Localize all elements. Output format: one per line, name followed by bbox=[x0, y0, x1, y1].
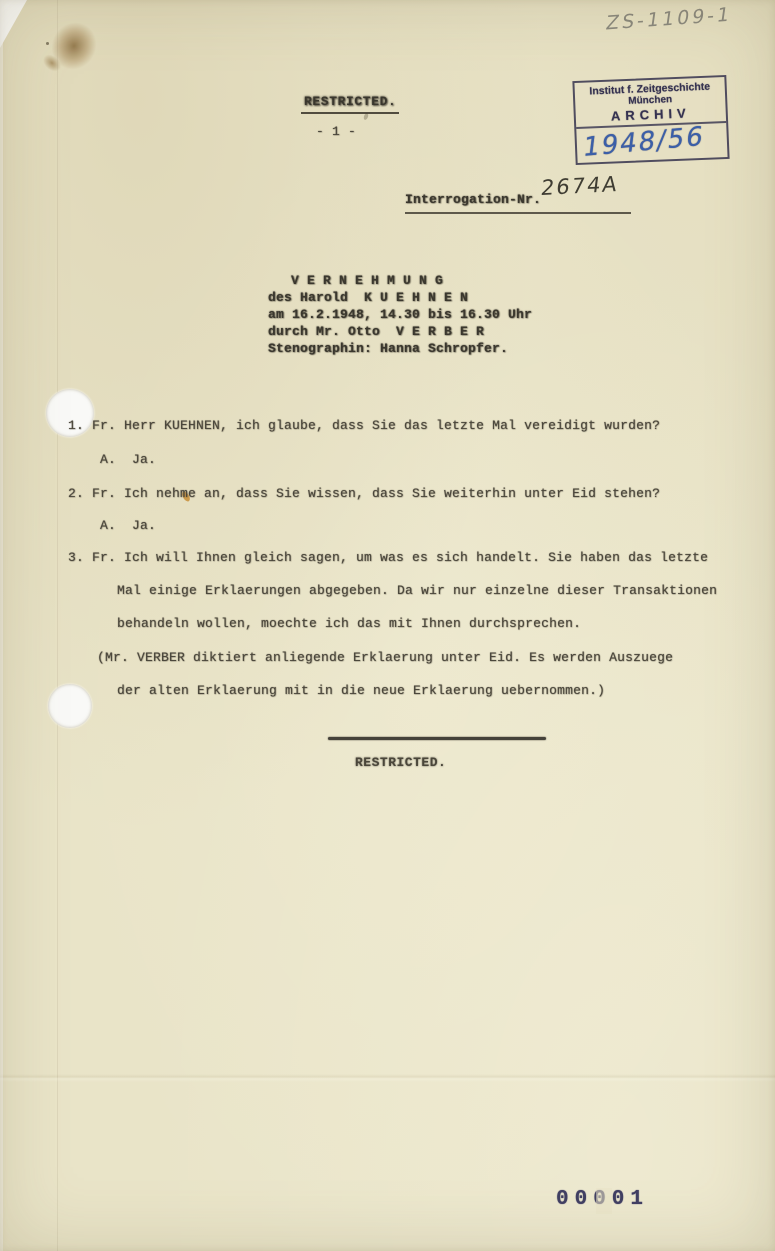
interrogation-number-handwritten: 2674A bbox=[540, 172, 621, 200]
interrogation-number-line: Interrogation-Nr. 2674A bbox=[405, 190, 631, 214]
archive-stamp: Institut f. Zeitgeschichte München ARCHI… bbox=[572, 75, 729, 165]
classification-footer: RESTRICTED. bbox=[355, 755, 446, 770]
qa-question-2: 2. Fr. Ich nehme an, dass Sie wissen, da… bbox=[68, 486, 660, 501]
hole-punch-bottom bbox=[48, 684, 92, 728]
qa-question-3-line-3: behandeln wollen, moechte ich das mit Ih… bbox=[117, 616, 581, 631]
title-vernehmung: V E R N E H M U N G bbox=[291, 273, 443, 288]
page-stamp-fade bbox=[596, 1188, 612, 1214]
scan-edge bbox=[0, 0, 3, 1251]
qa-note-line-2: der alten Erklaerung mit in die neue Erk… bbox=[117, 683, 605, 698]
torn-corner bbox=[0, 0, 27, 48]
qa-answer-1: A. Ja. bbox=[100, 452, 156, 467]
qa-question-1: 1. Fr. Herr KUEHNEN, ich glaube, dass Si… bbox=[68, 418, 660, 433]
paper-scratch bbox=[57, 0, 58, 1251]
classification-header: RESTRICTED. bbox=[301, 94, 399, 114]
typed-separator-line bbox=[328, 737, 546, 740]
title-interrogator: durch Mr. Otto V E R B E R bbox=[268, 324, 484, 339]
stamp-year-number-handwritten: 1948/56 bbox=[581, 121, 706, 163]
fold-crease bbox=[0, 1074, 775, 1082]
title-person: des Harold K U E H N E N bbox=[268, 290, 468, 305]
qa-question-3-line-1: 3. Fr. Ich will Ihnen gleich sagen, um w… bbox=[68, 550, 708, 565]
stamp-number-section: 1948/56 bbox=[576, 123, 727, 163]
qa-question-3-line-2: Mal einige Erklaerungen abgegeben. Da wi… bbox=[117, 583, 717, 598]
title-datetime: am 16.2.1948, 14.30 bis 16.30 Uhr bbox=[268, 307, 532, 322]
interrogation-label: Interrogation-Nr. bbox=[405, 192, 541, 207]
title-stenographer: Stenographin: Hanna Schropfer. bbox=[268, 341, 508, 356]
ink-speck bbox=[46, 42, 49, 45]
qa-note-line-1: (Mr. VERBER diktiert anliegende Erklaeru… bbox=[97, 650, 673, 665]
archive-reference-handwritten: ZS-1109-1 bbox=[605, 3, 734, 34]
document-page: ZS-1109-1 Institut f. Zeitgeschichte Mün… bbox=[0, 0, 775, 1251]
qa-answer-2: A. Ja. bbox=[100, 518, 156, 533]
page-number: - 1 - bbox=[316, 124, 356, 139]
